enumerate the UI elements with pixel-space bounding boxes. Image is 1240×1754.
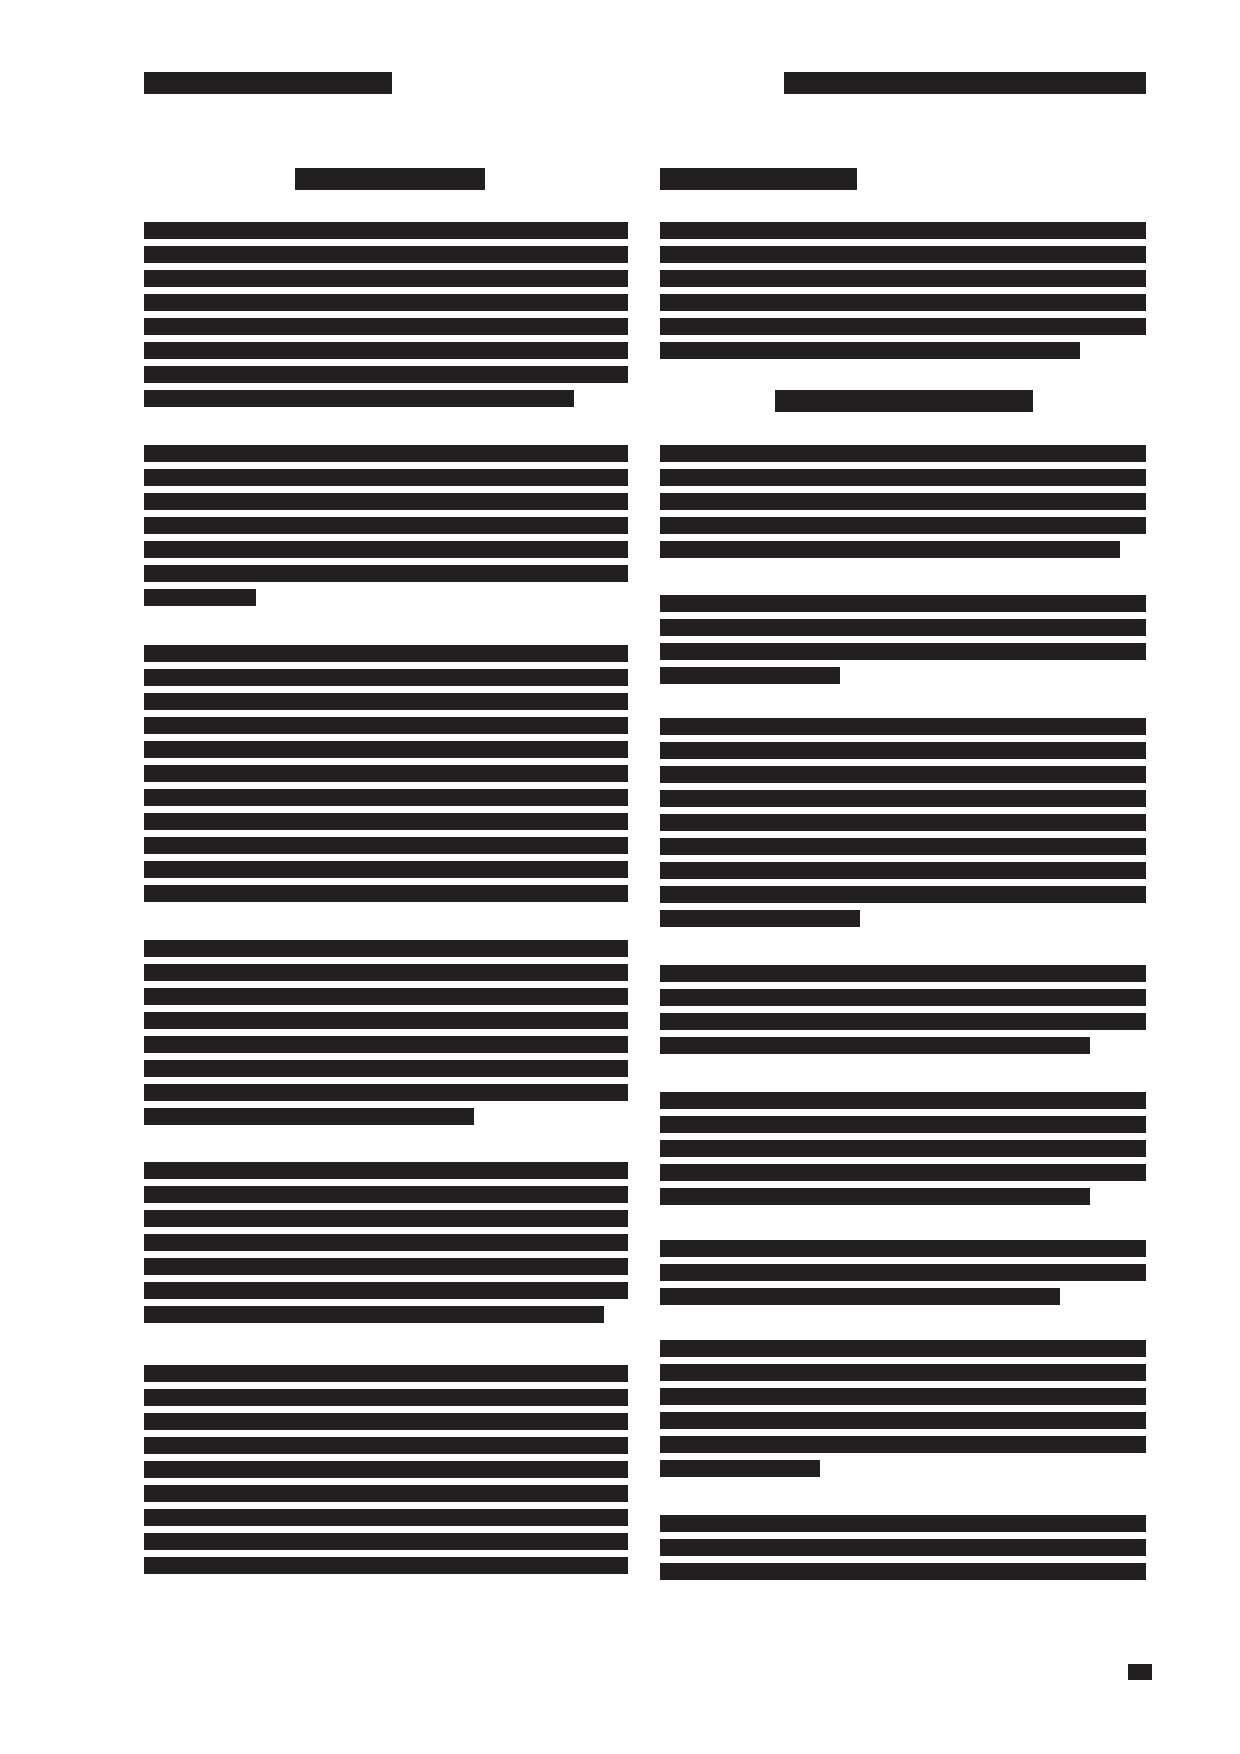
redacted-text-line — [660, 989, 1146, 1006]
redacted-text-line — [144, 589, 256, 606]
redacted-text-line — [660, 1563, 1146, 1580]
redacted-text-line — [144, 565, 628, 582]
redacted-text-line — [144, 988, 628, 1005]
redacted-text-line — [660, 1388, 1146, 1405]
redacted-text-line — [660, 1164, 1146, 1181]
redacted-text-line — [144, 1509, 628, 1526]
redacted-text-line — [144, 1210, 628, 1227]
redacted-text-line — [144, 717, 628, 734]
redacted-text-line — [660, 1188, 1090, 1205]
redacted-text-line — [144, 1162, 628, 1179]
redacted-text-line — [144, 493, 628, 510]
redacted-text-line — [144, 1186, 628, 1203]
redacted-text-line — [660, 246, 1146, 263]
page-number: [redacted] — [1128, 1664, 1152, 1680]
redacted-text-line — [660, 1037, 1090, 1054]
redacted-text-line — [144, 669, 628, 686]
redacted-text-line — [144, 940, 628, 957]
redacted-text-line — [144, 837, 628, 854]
redacted-text-line — [660, 1539, 1146, 1556]
redacted-text-line — [660, 469, 1146, 486]
redacted-text-line — [144, 861, 628, 878]
redacted-text-line — [144, 1306, 604, 1323]
section-heading: [redacted] — [660, 168, 857, 190]
redacted-text-line — [144, 885, 628, 902]
redacted-text-line — [660, 445, 1146, 462]
running-header-left: [redacted] — [144, 72, 392, 94]
redacted-text-line — [660, 318, 1146, 335]
redacted-text-line — [144, 445, 628, 462]
redacted-text-line — [660, 1412, 1146, 1429]
redacted-text-line — [660, 814, 1146, 831]
redacted-text-line — [144, 366, 628, 383]
redacted-text-line — [144, 270, 628, 287]
redacted-text-line — [144, 1060, 628, 1077]
redacted-text-line — [660, 790, 1146, 807]
redacted-text-line — [144, 1258, 628, 1275]
redacted-text-line — [660, 910, 860, 927]
redacted-text-line — [660, 595, 1146, 612]
redacted-text-line — [144, 1485, 628, 1502]
redacted-text-line — [144, 1461, 628, 1478]
redacted-text-line — [660, 1116, 1146, 1133]
redacted-text-line — [660, 718, 1146, 735]
redacted-text-line — [660, 541, 1120, 558]
redacted-text-line — [660, 1340, 1146, 1357]
redacted-text-line — [144, 342, 628, 359]
redacted-text-line — [144, 390, 574, 407]
redacted-text-line — [144, 964, 628, 981]
redacted-text-line — [660, 619, 1146, 636]
redacted-text-line — [660, 838, 1146, 855]
redacted-text-line — [660, 1436, 1146, 1453]
redacted-text-line — [660, 222, 1146, 239]
section-heading: [redacted] — [775, 390, 1033, 412]
section-heading: [redacted] — [295, 168, 485, 190]
redacted-text-line — [660, 1288, 1060, 1305]
redacted-text-line — [660, 862, 1146, 879]
redacted-text-line — [660, 1013, 1146, 1030]
redacted-text-line — [660, 1364, 1146, 1381]
redacted-text-line — [660, 1092, 1146, 1109]
redacted-text-line — [144, 693, 628, 710]
redacted-text-line — [144, 789, 628, 806]
redacted-text-line — [660, 342, 1080, 359]
redacted-text-line — [144, 1365, 628, 1382]
redacted-text-line — [660, 766, 1146, 783]
redacted-text-line — [660, 1515, 1146, 1532]
running-header-right: [redacted] — [784, 72, 1146, 94]
redacted-text-line — [144, 246, 628, 263]
redacted-text-line — [660, 965, 1146, 982]
redacted-text-line — [144, 645, 628, 662]
redacted-text-line — [144, 1533, 628, 1550]
redacted-text-line — [144, 1012, 628, 1029]
redacted-text-line — [144, 541, 628, 558]
redacted-text-line — [144, 1234, 628, 1251]
redacted-text-line — [144, 294, 628, 311]
redacted-text-line — [660, 643, 1146, 660]
redacted-text-line — [144, 1084, 628, 1101]
redacted-text-line — [660, 517, 1146, 534]
redacted-text-line — [144, 1557, 628, 1574]
redacted-text-line — [660, 493, 1146, 510]
redacted-text-line — [144, 1437, 628, 1454]
redacted-text-line — [660, 294, 1146, 311]
redacted-text-line — [144, 1282, 628, 1299]
redacted-text-line — [144, 1108, 474, 1125]
redacted-text-line — [660, 1460, 820, 1477]
redacted-text-line — [660, 270, 1146, 287]
redacted-text-line — [144, 1413, 628, 1430]
redacted-text-line — [144, 1389, 628, 1406]
redacted-text-line — [660, 667, 840, 684]
redacted-text-line — [144, 1036, 628, 1053]
redacted-text-line — [144, 222, 628, 239]
redacted-text-line — [144, 765, 628, 782]
redacted-text-line — [660, 1140, 1146, 1157]
redacted-text-line — [144, 318, 628, 335]
redacted-text-line — [660, 1240, 1146, 1257]
redacted-text-line — [144, 813, 628, 830]
document-page: [redacted] [redacted] [redacted][redacte… — [0, 0, 1240, 1754]
redacted-text-line — [660, 1264, 1146, 1281]
redacted-text-line — [660, 886, 1146, 903]
redacted-text-line — [660, 742, 1146, 759]
redacted-text-line — [144, 469, 628, 486]
redacted-text-line — [144, 741, 628, 758]
redacted-text-line — [144, 517, 628, 534]
